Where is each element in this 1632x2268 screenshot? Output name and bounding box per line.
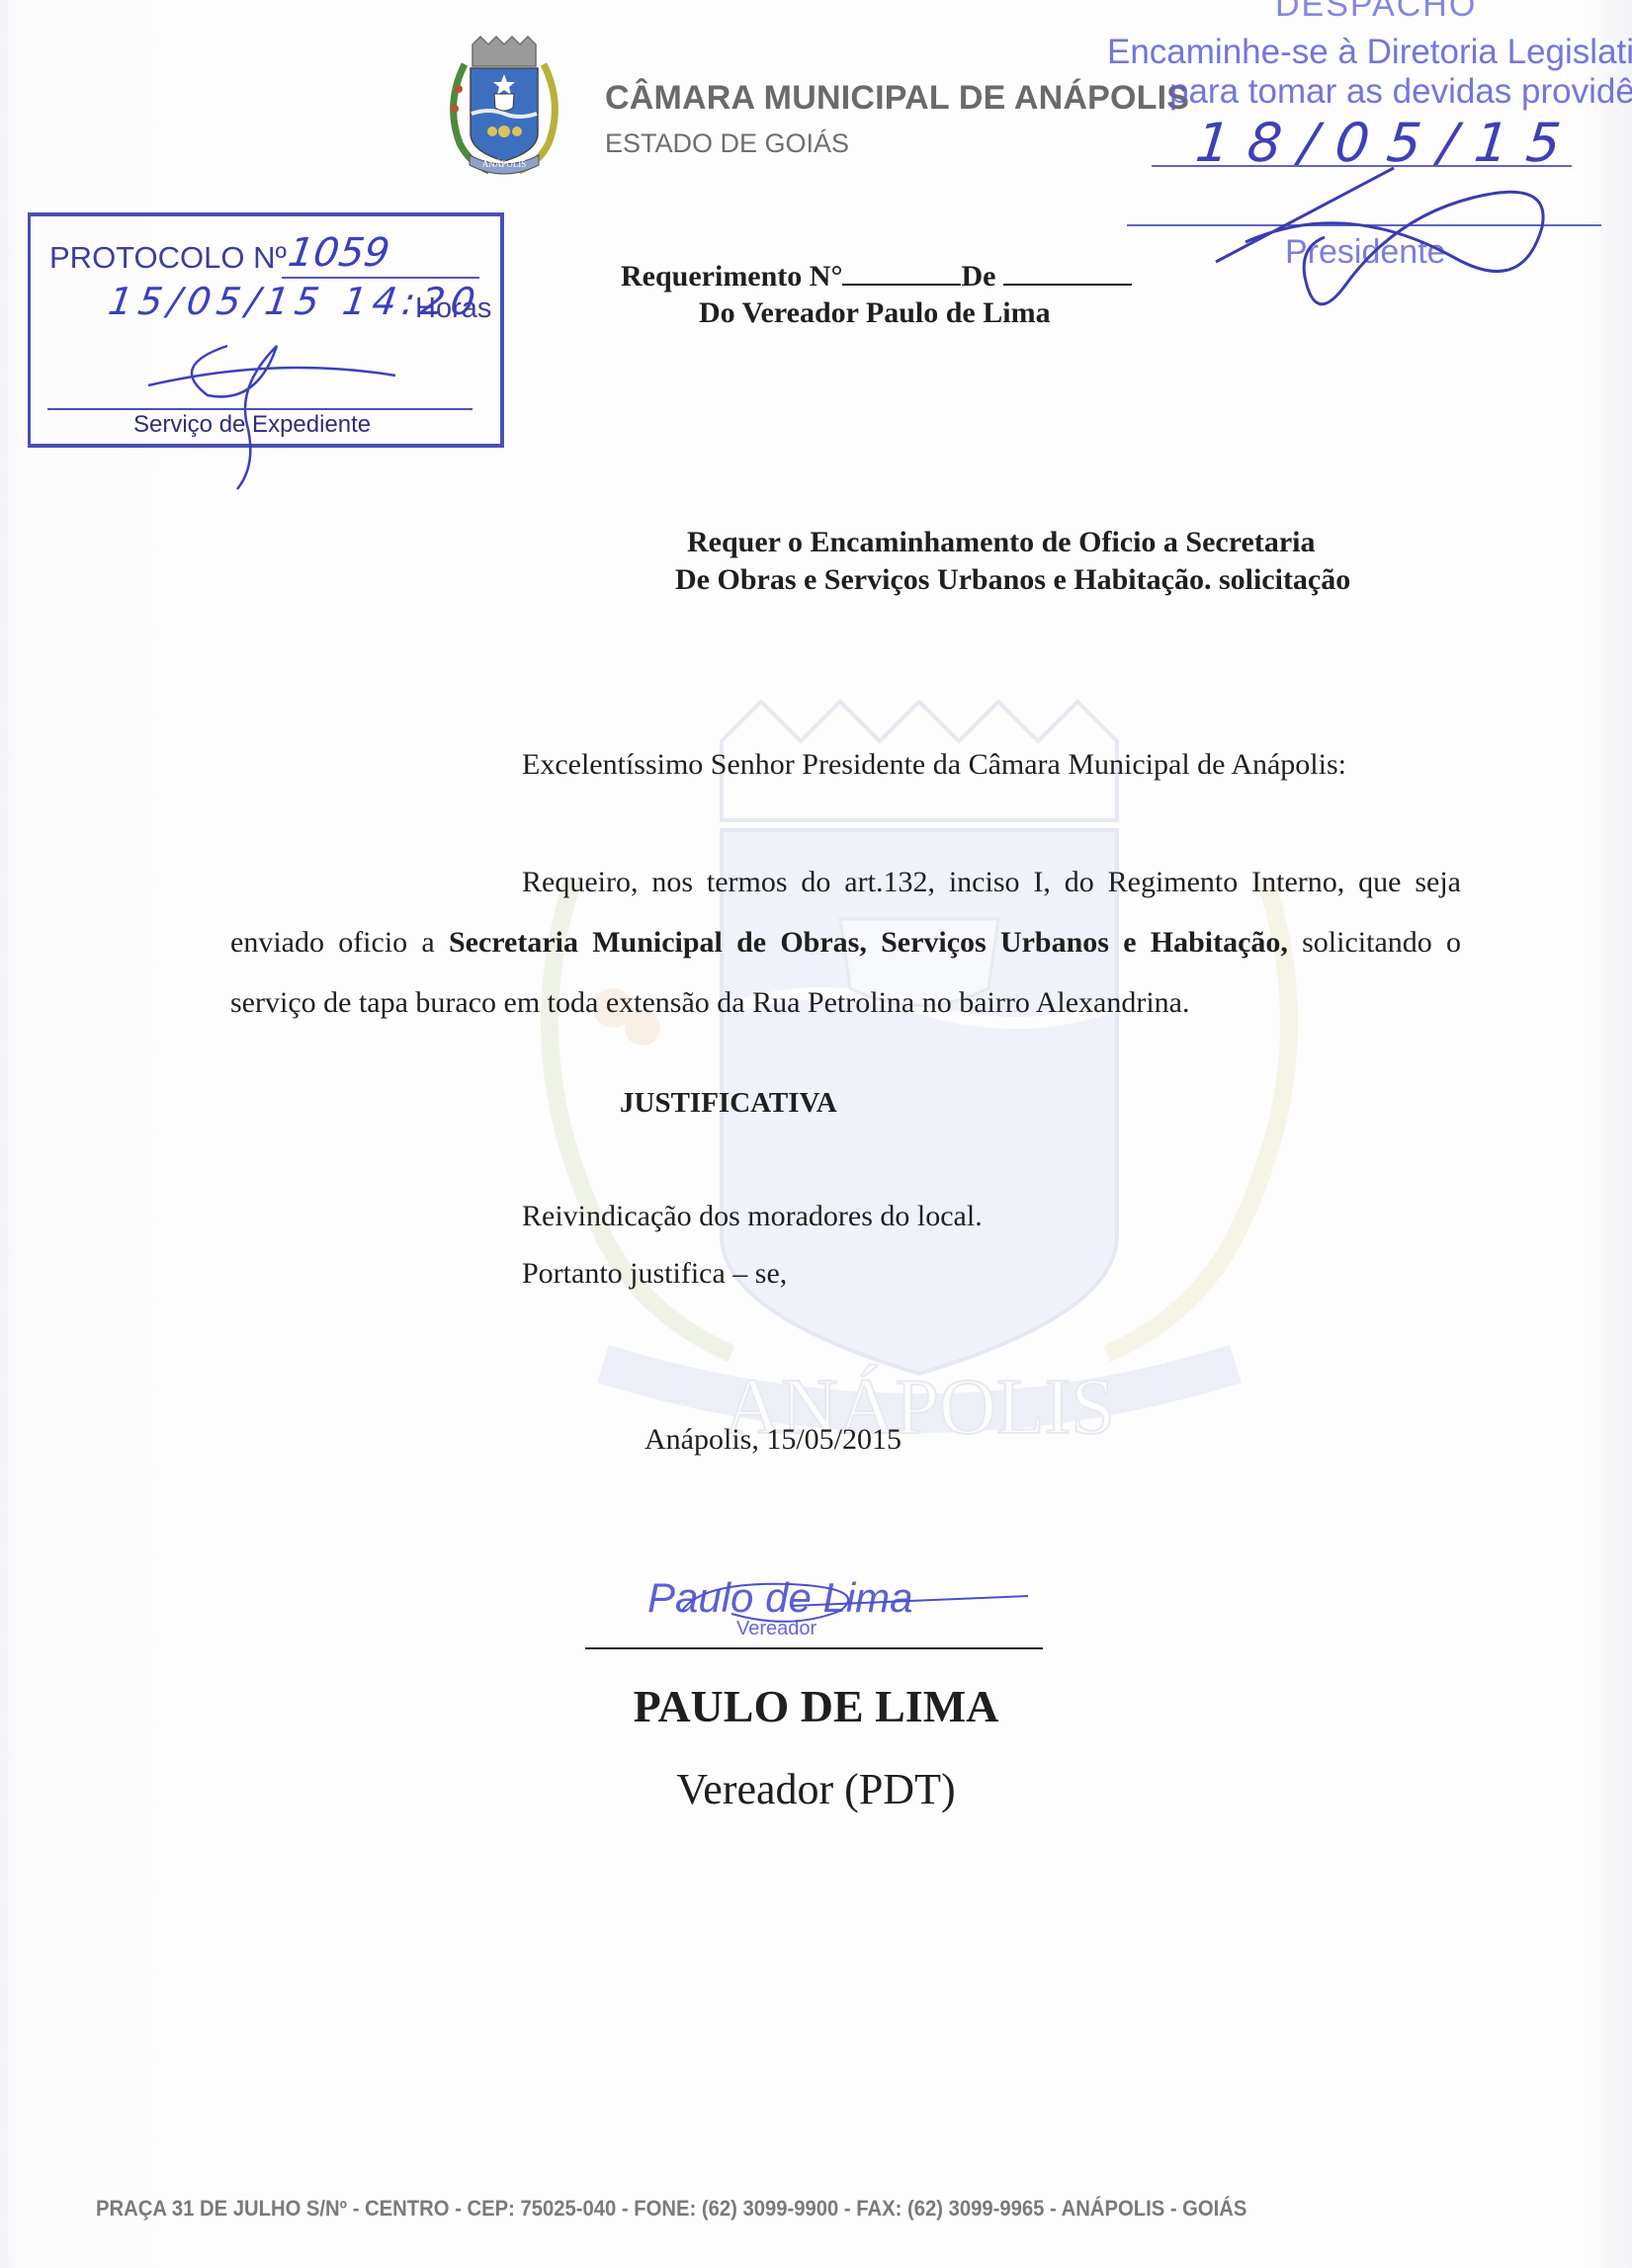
state-name: ESTADO DE GOIÁS bbox=[605, 128, 849, 159]
crest-watermark-icon: ANÁPOLIS bbox=[405, 682, 1394, 1472]
protocol-service: Serviço de Expediente bbox=[133, 411, 371, 439]
signature-line bbox=[585, 1647, 1043, 1649]
justification-line-2: Portanto justifica – se, bbox=[522, 1257, 787, 1291]
place-date: Anápolis, 15/05/2015 bbox=[644, 1423, 902, 1457]
justification-title: JUSTIFICATIVA bbox=[620, 1087, 837, 1120]
protocol-separator bbox=[47, 408, 472, 410]
request-body: Requeiro, nos termos do art.132, inciso … bbox=[230, 852, 1461, 1033]
despacho-line-2: para tomar as devidas providências. bbox=[1169, 72, 1632, 112]
protocol-number: 1059 bbox=[286, 230, 392, 276]
signatory-role: Vereador (PDT) bbox=[0, 1764, 1632, 1814]
despacho-line-1: Encaminhe-se à Diretoria Legislativa bbox=[1107, 33, 1632, 72]
councilor-signature-icon bbox=[643, 1566, 1038, 1636]
protocol-signature-icon bbox=[129, 326, 425, 494]
author-line: Do Vereador Paulo de Lima bbox=[699, 296, 1051, 330]
signatory-name: PAULO DE LIMA bbox=[0, 1680, 1632, 1732]
protocol-hours-label: Horas bbox=[415, 293, 491, 325]
municipal-crest-icon: ANÁPOLIS bbox=[435, 35, 573, 183]
protocol-number-line bbox=[282, 277, 479, 279]
president-signature-icon bbox=[1196, 158, 1572, 336]
greeting: Excelentíssimo Senhor Presidente da Câma… bbox=[522, 748, 1346, 782]
request-date-blank bbox=[1003, 260, 1132, 286]
request-number-line: Requerimento N°De bbox=[621, 260, 1132, 294]
justification-line-1: Reivindicação dos moradores do local. bbox=[522, 1200, 983, 1233]
despacho-heading: DESPACHO bbox=[1275, 0, 1477, 25]
request-number-blank bbox=[842, 260, 961, 286]
footer-address: PRAÇA 31 DE JULHO S/Nº - CENTRO - CEP: 7… bbox=[96, 2196, 1246, 2222]
protocol-label: PROTOCOLO Nº bbox=[49, 240, 287, 276]
request-subject: Requer o Encaminhamento de Oficio a Secr… bbox=[687, 524, 1350, 599]
svg-text:ANÁPOLIS: ANÁPOLIS bbox=[482, 159, 527, 169]
institution-name: CÂMARA MUNICIPAL DE ANÁPOLIS bbox=[605, 79, 1189, 118]
